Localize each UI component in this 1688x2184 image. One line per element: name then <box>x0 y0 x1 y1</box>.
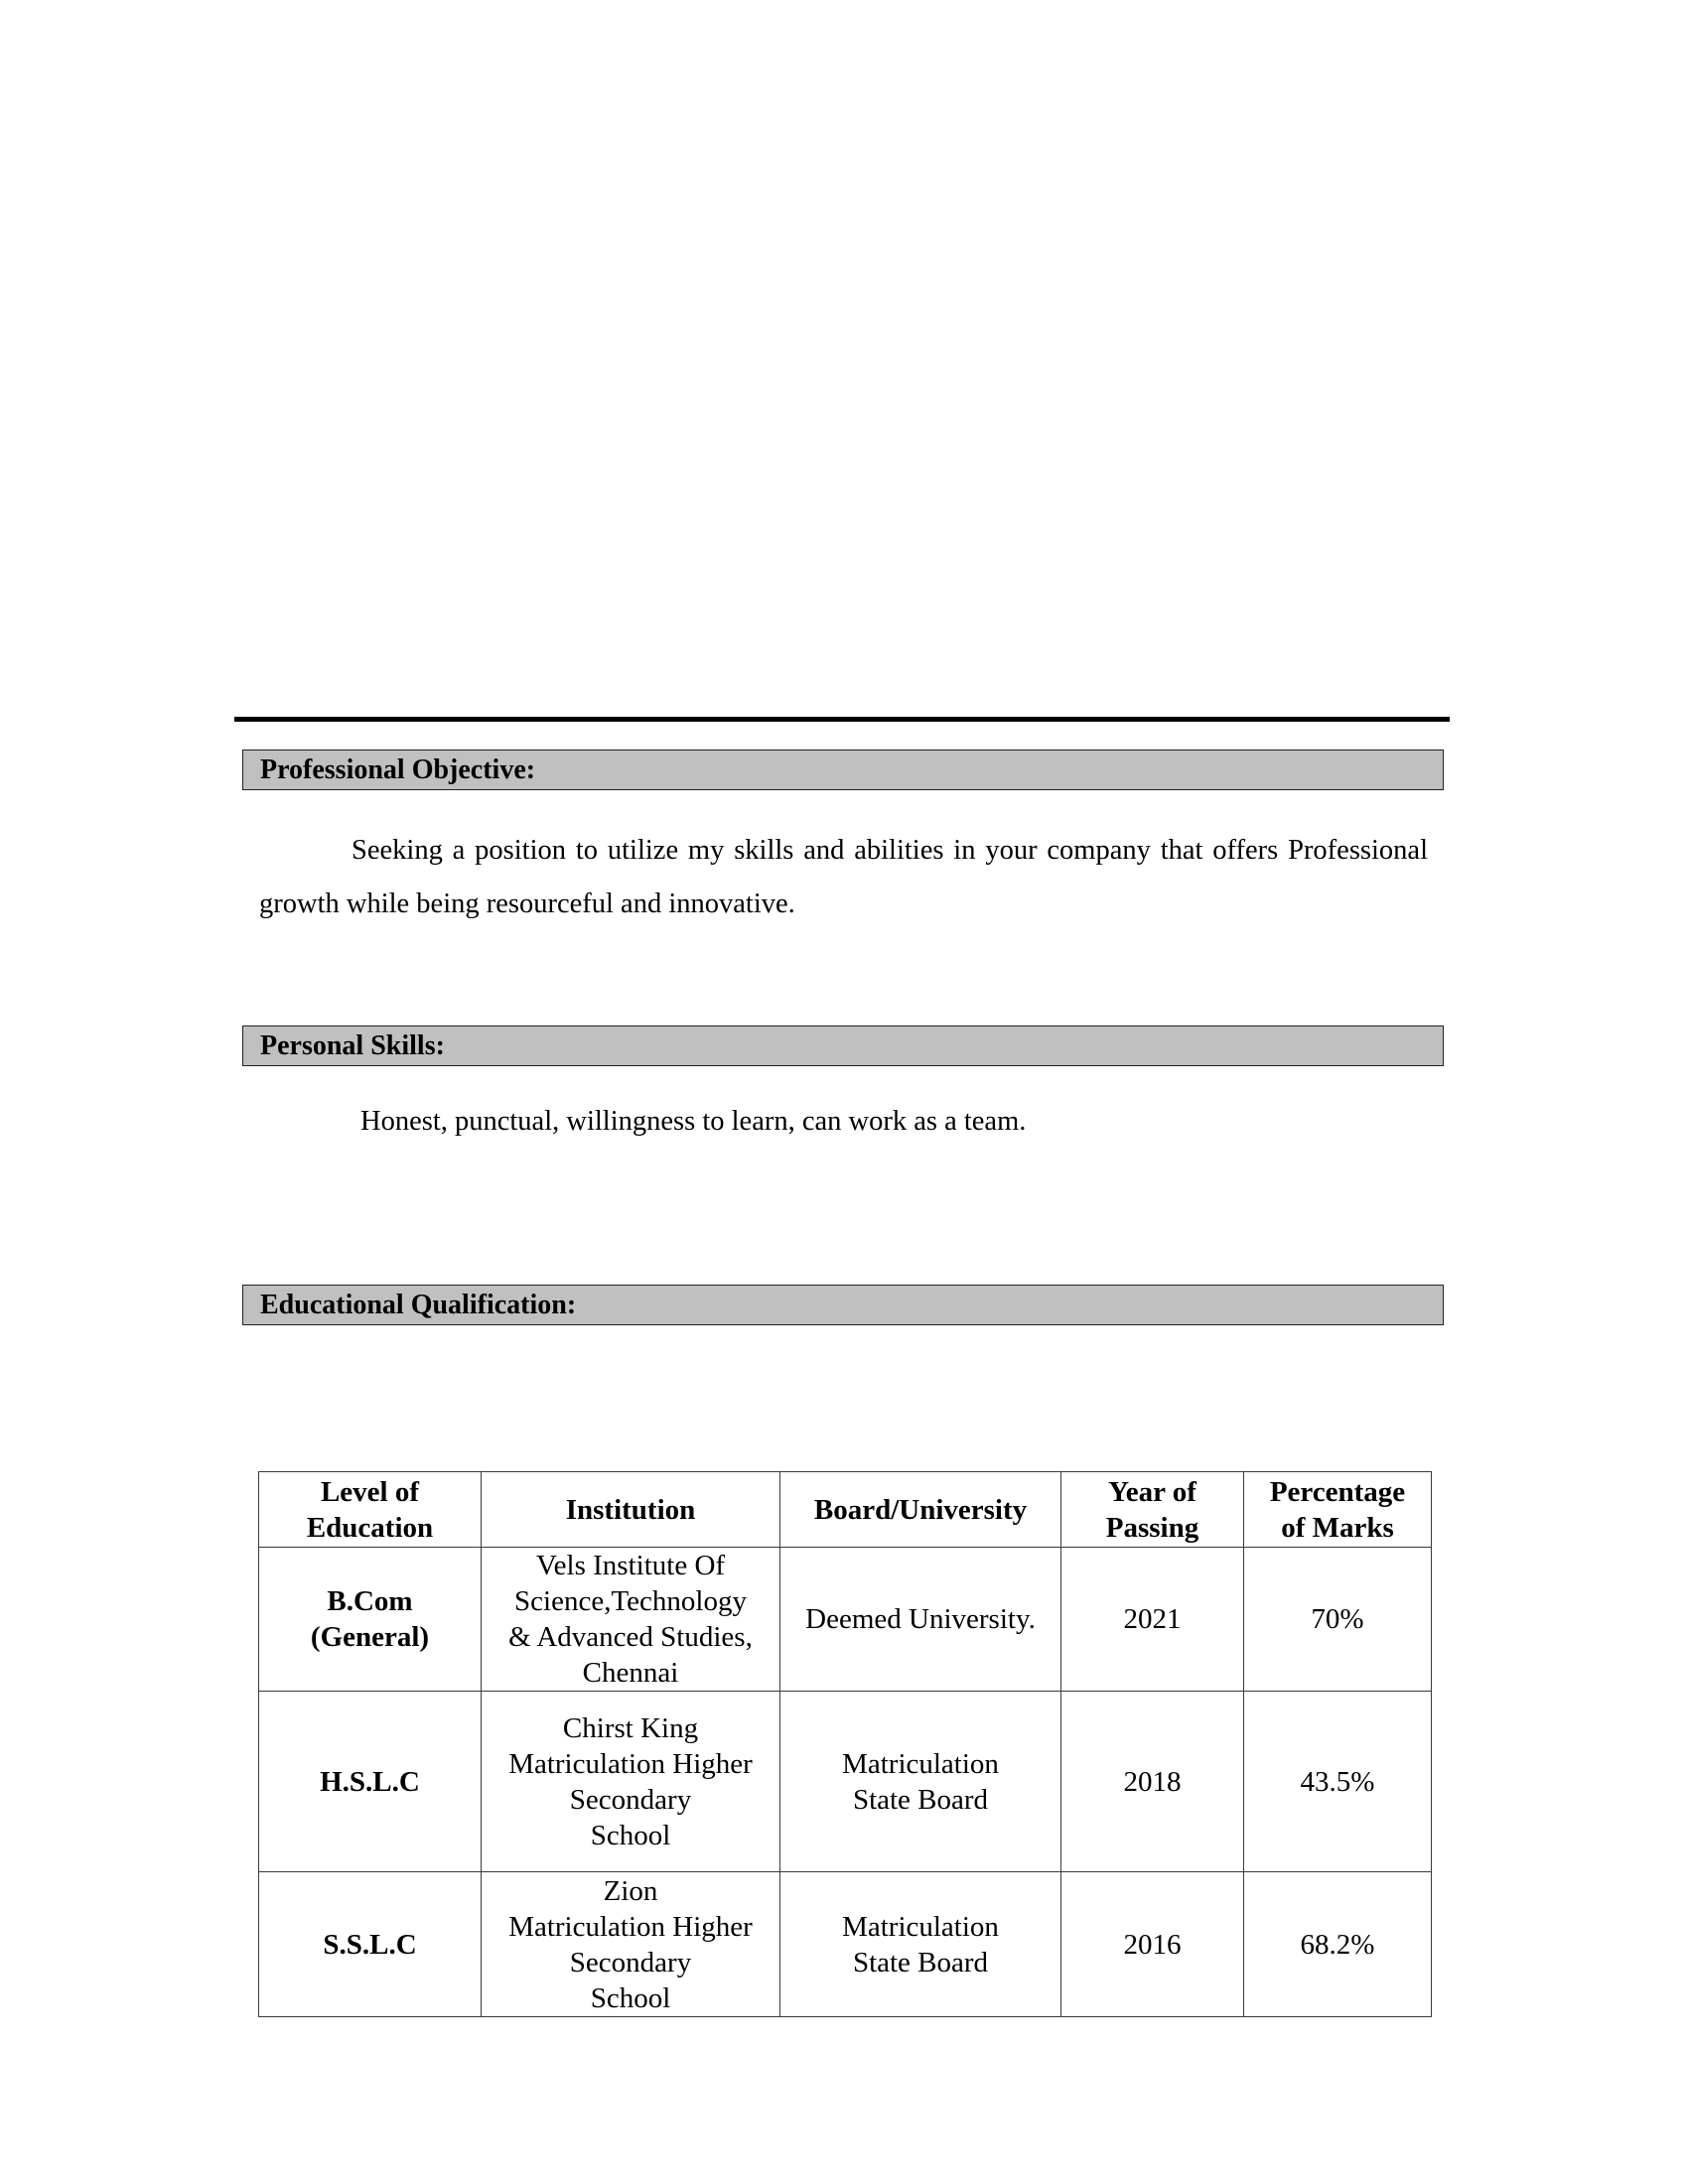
cell-board: MatriculationState Board <box>780 1872 1061 2017</box>
horizontal-rule <box>234 717 1450 722</box>
cell-board: MatriculationState Board <box>780 1692 1061 1872</box>
cell-year: 2016 <box>1061 1872 1244 2017</box>
cell-institution: Chirst KingMatriculation HigherSecondary… <box>482 1692 780 1872</box>
cell-level: S.S.L.C <box>259 1872 482 2017</box>
skills-paragraph: Honest, punctual, willingness to learn, … <box>360 1102 1026 1142</box>
section-header-educational-qualification: Educational Qualification: <box>242 1285 1444 1325</box>
cell-percentage: 68.2% <box>1244 1872 1432 2017</box>
cell-board: Deemed University. <box>780 1548 1061 1692</box>
table-row: B.Com(General)Vels Institute OfScience,T… <box>259 1548 1432 1692</box>
objective-paragraph: Seeking a position to utilize my skills … <box>259 824 1428 931</box>
header-institution: Institution <box>482 1472 780 1548</box>
education-table: Level ofEducationInstitutionBoard/Univer… <box>258 1471 1432 2017</box>
cell-percentage: 70% <box>1244 1548 1432 1692</box>
header-level: Level ofEducation <box>259 1472 482 1548</box>
section-title: Professional Objective: <box>260 753 535 787</box>
cell-institution: Vels Institute OfScience,Technology& Adv… <box>482 1548 780 1692</box>
section-header-professional-objective: Professional Objective: <box>242 750 1444 790</box>
cell-level: H.S.L.C <box>259 1692 482 1872</box>
header-year: Year ofPassing <box>1061 1472 1244 1548</box>
table-row: S.S.L.CZionMatriculation HigherSecondary… <box>259 1872 1432 2017</box>
header-percentage: Percentageof Marks <box>1244 1472 1432 1548</box>
section-header-personal-skills: Personal Skills: <box>242 1025 1444 1066</box>
cell-percentage: 43.5% <box>1244 1692 1432 1872</box>
header-board: Board/University <box>780 1472 1061 1548</box>
cell-year: 2021 <box>1061 1548 1244 1692</box>
cell-year: 2018 <box>1061 1692 1244 1872</box>
section-title: Educational Qualification: <box>260 1289 576 1322</box>
section-title: Personal Skills: <box>260 1029 445 1063</box>
cell-institution: ZionMatriculation HigherSecondarySchool <box>482 1872 780 2017</box>
cell-level: B.Com(General) <box>259 1548 482 1692</box>
table-header-row: Level ofEducationInstitutionBoard/Univer… <box>259 1472 1432 1548</box>
table-row: H.S.L.CChirst KingMatriculation HigherSe… <box>259 1692 1432 1872</box>
